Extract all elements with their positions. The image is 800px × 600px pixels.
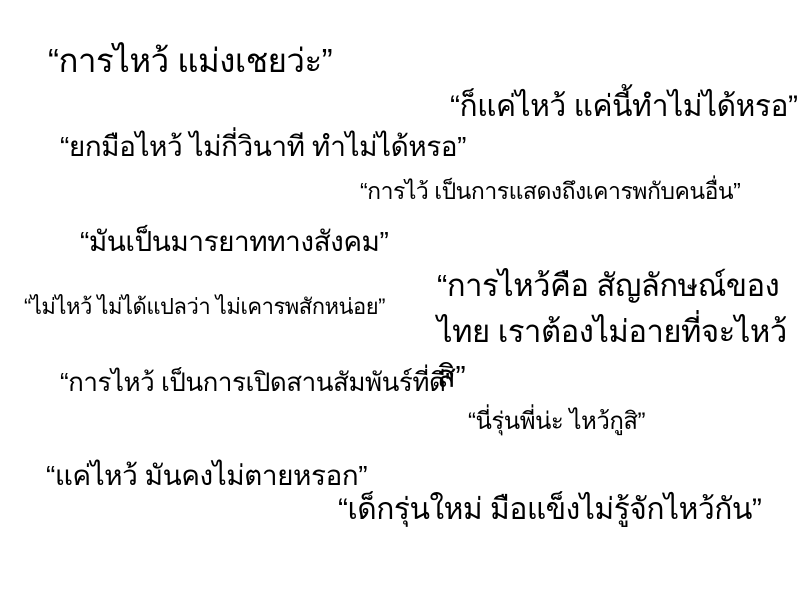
- quote-symbol-of-thailand: “การไหว้คือ สัญลักษณ์ของ ไทย เราต้องไม่อ…: [437, 263, 800, 400]
- quote-wai-is-lame: “การไหว้ แม่งเชยว่ะ”: [48, 40, 332, 81]
- quote-senior-wai-me: “นี่รุ่นพี่น่ะ ไหว้กูสิ”: [468, 407, 645, 437]
- quote-new-generation-stiff: “เด็กรุ่นใหม่ มือแข็งไม่รู้จักไหว้กัน”: [338, 491, 761, 529]
- quote-raise-hands-seconds: “ยกมือไหว้ ไม่กี่วินาที ทำไม่ได้หรอ”: [60, 129, 466, 164]
- quote-not-wai-not-disrespect: “ไม่ไหว้ ไม่ได้แปลว่า ไม่เคารพสักหน่อย”: [24, 293, 385, 321]
- quote-social-manners: “มันเป็นมารยาททางสังคม”: [80, 224, 388, 259]
- quote-opens-relationships: “การไหว้ เป็นการเปิดสานสัมพันร์ที่ดี”: [60, 366, 454, 399]
- quote-slide: “การไหว้ แม่งเชยว่ะ” “ก็แค่ไหว้ แค่นี้ทำ…: [0, 0, 800, 600]
- quote-wai-wont-kill-you: “แค่ไหว้ มันคงไม่ตายหรอก”: [46, 458, 367, 493]
- quote-just-a-wai: “ก็แค่ไหว้ แค่นี้ทำไม่ได้หรอ”: [450, 88, 797, 126]
- quote-shows-respect-others: “การไว้ เป็นการแสดงถึงเคารพกับคนอื่น”: [360, 177, 740, 206]
